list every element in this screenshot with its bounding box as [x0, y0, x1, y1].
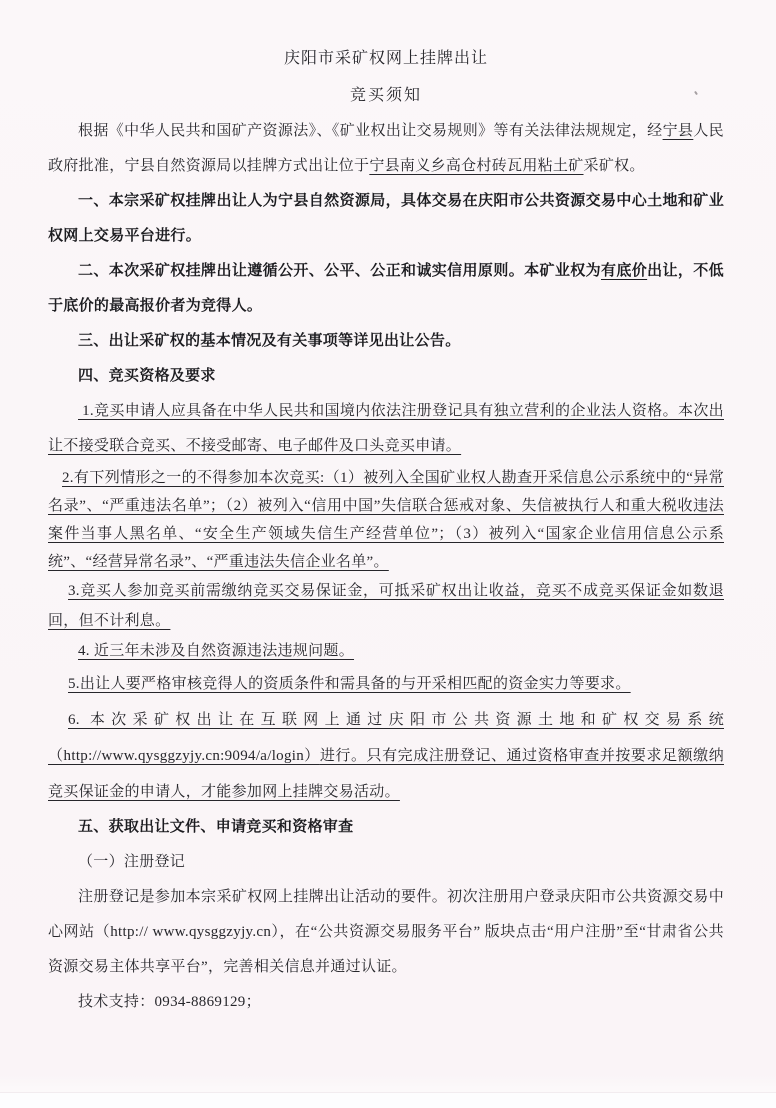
paragraph-intro: 根据《中华人民共和国矿产资源法》、《矿业权出让交易规则》等有关法律法规规定，经宁…	[48, 114, 724, 184]
item-6-text: 6. 本次采矿权出让在互联网上通过庆阳市公共资源土地和矿权交易系统	[68, 712, 724, 728]
underlined-reserve-price: 有底价	[601, 263, 647, 279]
trading-system-url: （http://www.qysggzyjy.cn:9094/a/login）	[48, 748, 320, 764]
document-body: 庆阳市采矿权网上挂牌出让 竞买须知 根据《中华人民共和国矿产资源法》、《矿业权出…	[0, 0, 776, 1020]
subsection-1-heading: （一）注册登记	[48, 845, 724, 880]
tech-support-line: 技术支持：0934-8869129；	[48, 985, 724, 1020]
qualification-item-3: 3.竞买人参加竞买前需缴纳竞买交易保证金，可抵采矿权出让收益，竞买不成竞买保证金…	[48, 576, 724, 636]
clause-3: 三、出让采矿权的基本情况及有关事项等详见出让公告。	[48, 324, 724, 359]
qualification-item-5: 5.出让人要严格审核竞得人的资质条件和需具备的与开采相匹配的资金实力等要求。	[48, 667, 724, 702]
qualification-item-2: 2.有下列情形之一的不得参加本次竞买:（1）被列入全国矿业权人勘查开采信息公示系…	[48, 464, 724, 576]
clause-4-heading: 四、竞买资格及要求	[48, 359, 724, 394]
intro-text-end: 采矿权。	[584, 158, 645, 174]
clause-5-heading: 五、获取出让文件、申请竞买和资格审查	[48, 810, 724, 845]
document-subtitle: 竞买须知	[48, 77, 724, 114]
registration-site-url: http:// www.qysggzyjy.cn	[110, 924, 271, 940]
scan-edge	[0, 1092, 776, 1108]
scanned-document-page: 庆阳市采矿权网上挂牌出让 竞买须知 根据《中华人民共和国矿产资源法》、《矿业权出…	[0, 0, 776, 1108]
intro-text: 根据《中华人民共和国矿产资源法》、《矿业权出让交易规则》等有关法律法规规定，经	[78, 123, 663, 139]
qualification-item-4: 4. 近三年未涉及自然资源违法违规问题。	[48, 636, 724, 667]
paragraph-registration: 注册登记是参加本宗采矿权网上挂牌出让活动的要件。初次注册用户登录庆阳市公共资源交…	[48, 880, 724, 985]
document-title: 庆阳市采矿权网上挂牌出让	[48, 40, 724, 77]
underlined-mine-location: 宁县南义乡高仓村砖瓦用粘土矿	[369, 158, 583, 174]
clause-2-text: 二、本次采矿权挂牌出让遵循公开、公平、公正和诚实信用原则。本矿业权为	[78, 263, 601, 279]
qualification-item-1: 1.竞买申请人应具备在中华人民共和国境内依法注册登记具有独立营利的企业法人资格。…	[48, 394, 724, 464]
qualification-item-6: 6. 本次采矿权出让在互联网上通过庆阳市公共资源土地和矿权交易系统（http:/…	[48, 702, 724, 810]
clause-1: 一、本宗采矿权挂牌出让人为宁县自然资源局，具体交易在庆阳市公共资源交易中心土地和…	[48, 184, 724, 254]
underlined-county-name: 宁县	[663, 123, 694, 139]
clause-2: 二、本次采矿权挂牌出让遵循公开、公平、公正和诚实信用原则。本矿业权为有底价出让，…	[48, 254, 724, 324]
